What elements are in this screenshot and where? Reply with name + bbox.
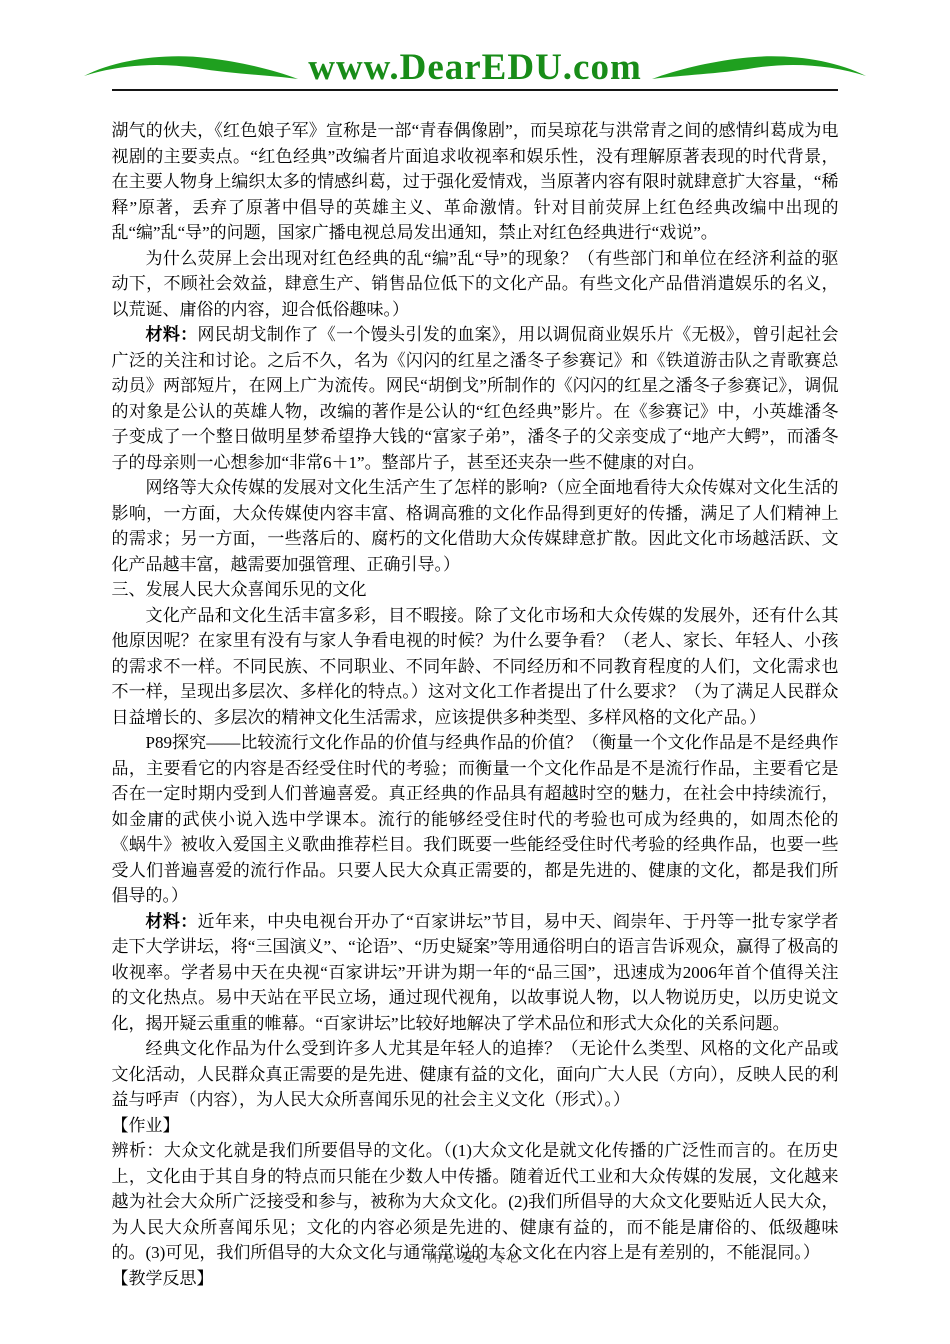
teaching-reflection-heading: 【教学反思】 <box>112 1266 839 1292</box>
header-divider <box>112 89 838 91</box>
page-footer-motto: 用心 爱心 专心 <box>0 1247 950 1266</box>
site-logo-text: www.DearEDU.com <box>300 49 650 86</box>
material-label: 材料： <box>146 912 198 931</box>
paragraph-material-lecture-room: 材料：近年来，中央电视台开办了“百家讲坛”节目，易中天、阎崇年、于丹等一批专家学… <box>112 909 839 1037</box>
paragraph-question-red-classics: 为什么荧屏上会出现对红色经典的乱“编”乱“导”的现象？（有些部门和单位在经济利益… <box>112 246 839 323</box>
paragraph-material-hu-ge: 材料：网民胡戈制作了《一个馒头引发的血案》，用以调侃商业娱乐片《无极》，曾引起社… <box>112 322 839 475</box>
right-swoosh-icon <box>650 51 868 83</box>
document-body: 湖气的伙夫，《红色娘子军》宣称是一部“青春偶像剧”，而吴琼花与洪常青之间的感情纠… <box>112 118 839 1291</box>
material-label: 材料： <box>146 325 198 344</box>
section-heading-three: 三、发展人民大众喜闻乐见的文化 <box>112 577 839 603</box>
left-swoosh-icon <box>82 51 300 83</box>
document-page: www.DearEDU.com 湖气的伙夫，《红色娘子军》宣称是一部“青春偶像剧… <box>0 0 950 1344</box>
paragraph-continuation: 湖气的伙夫，《红色娘子军》宣称是一部“青春偶像剧”，而吴琼花与洪常青之间的感情纠… <box>112 118 839 246</box>
homework-heading: 【作业】 <box>112 1113 839 1139</box>
site-logo: www.DearEDU.com <box>112 48 838 86</box>
paragraph-cultural-needs: 文化产品和文化生活丰富多彩，目不暇接。除了文化市场和大众传媒的发展外，还有什么其… <box>112 603 839 731</box>
paragraph-classic-works-question: 经典文化作品为什么受到许多人尤其是年轻人的追捧？（无论什么类型、风格的文化产品或… <box>112 1036 839 1113</box>
paragraph-p89-inquiry: P89探究——比较流行文化作品的价值与经典作品的价值？（衡量一个文化作品是不是经… <box>112 730 839 909</box>
site-header: www.DearEDU.com <box>112 0 838 91</box>
paragraph-mass-media-influence: 网络等大众传媒的发展对文化生活产生了怎样的影响?（应全面地看待大众传媒对文化生活… <box>112 475 839 577</box>
